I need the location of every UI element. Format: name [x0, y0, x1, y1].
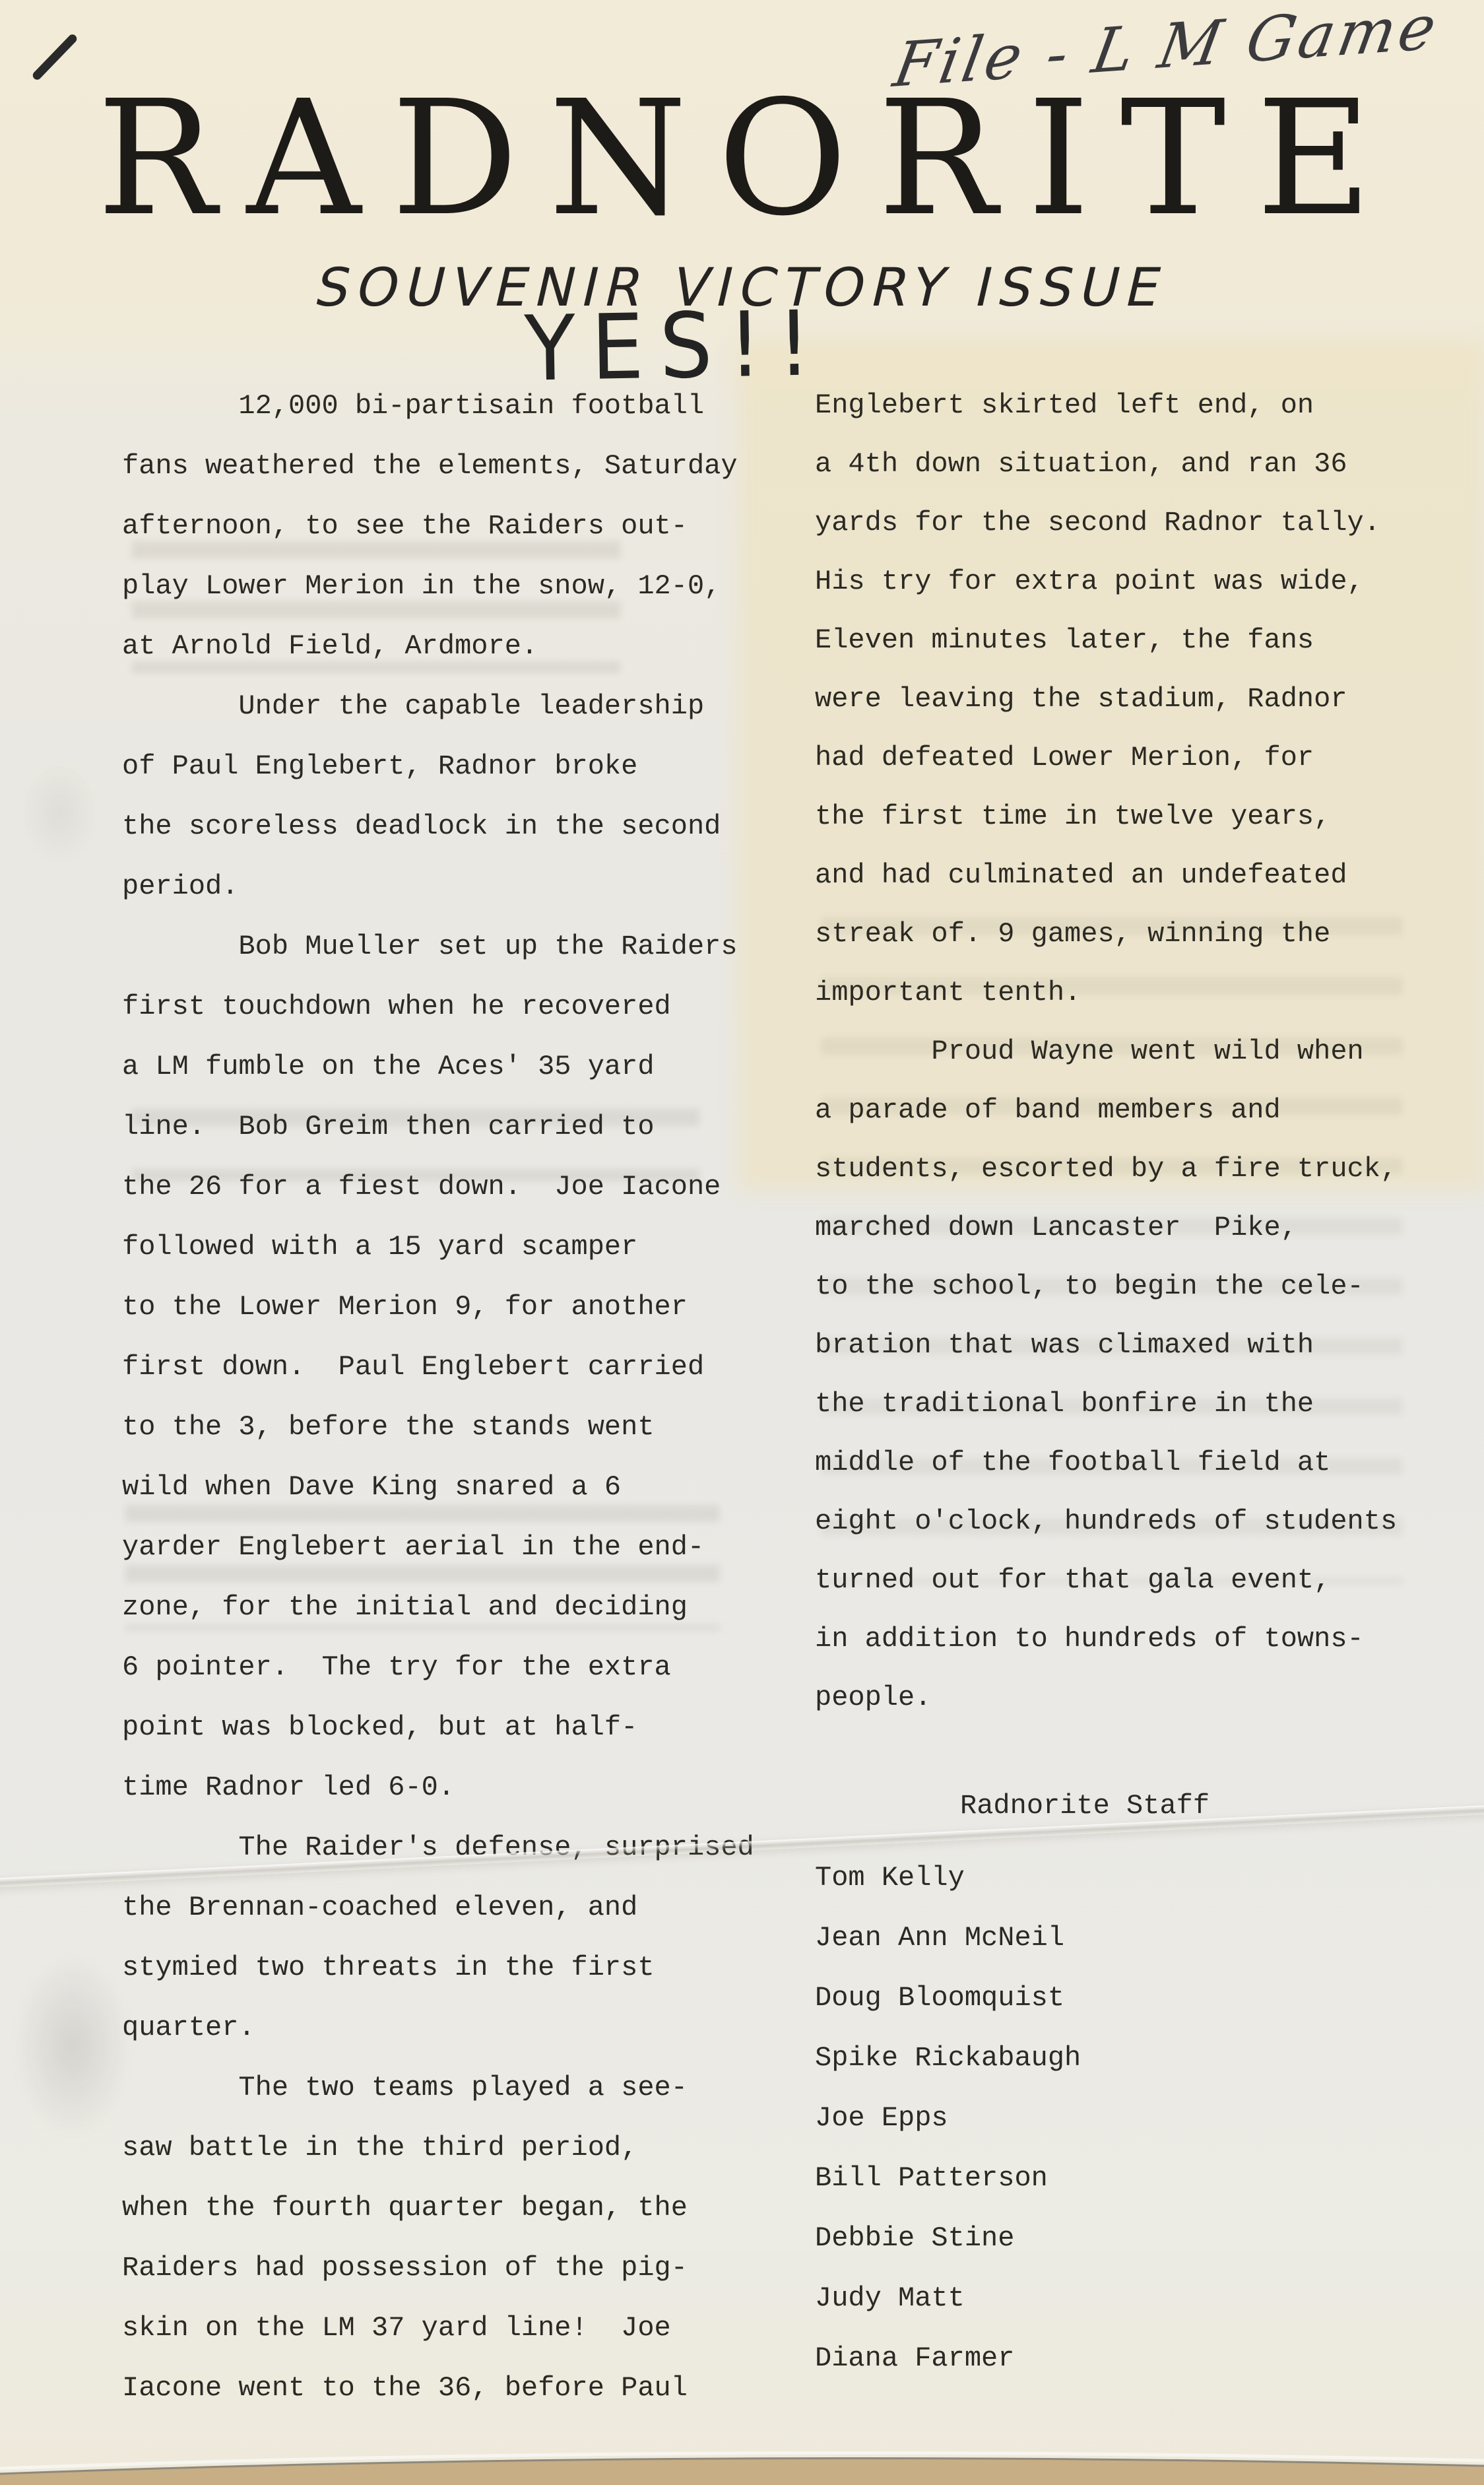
paper-smudge: [13, 1954, 132, 2138]
staff-member: Judy Matt: [815, 2269, 1081, 2329]
staff-member: Tom Kelly: [815, 1848, 1081, 1908]
paper-smudge: [20, 759, 99, 865]
staff-member: Diana Farmer: [815, 2329, 1081, 2389]
staff-member: Joe Epps: [815, 2088, 1081, 2148]
staff-member: Spike Rickabaugh: [815, 2028, 1081, 2088]
staff-member: Doug Bloomquist: [815, 1968, 1081, 2028]
masthead-title: RADNORITE: [15, 79, 1484, 238]
staff-member: Debbie Stine: [815, 2208, 1081, 2269]
staff-heading: Radnorite Staff: [960, 1790, 1210, 1822]
article-right-column: Englebert skirted left end, on a 4th dow…: [815, 376, 1397, 1727]
scanned-newsletter-page: { "masthead": { "title": "RADNORITE", "s…: [0, 0, 1484, 2485]
staff-member: Jean Ann McNeil: [815, 1908, 1081, 1968]
staff-member: Bill Patterson: [815, 2148, 1081, 2208]
staff-list: Tom KellyJean Ann McNeilDoug BloomquistS…: [815, 1848, 1081, 2389]
article-left-column: 12,000 bi-partisain football fans weathe…: [122, 376, 754, 2418]
page-bottom-edge: [0, 2429, 1484, 2485]
